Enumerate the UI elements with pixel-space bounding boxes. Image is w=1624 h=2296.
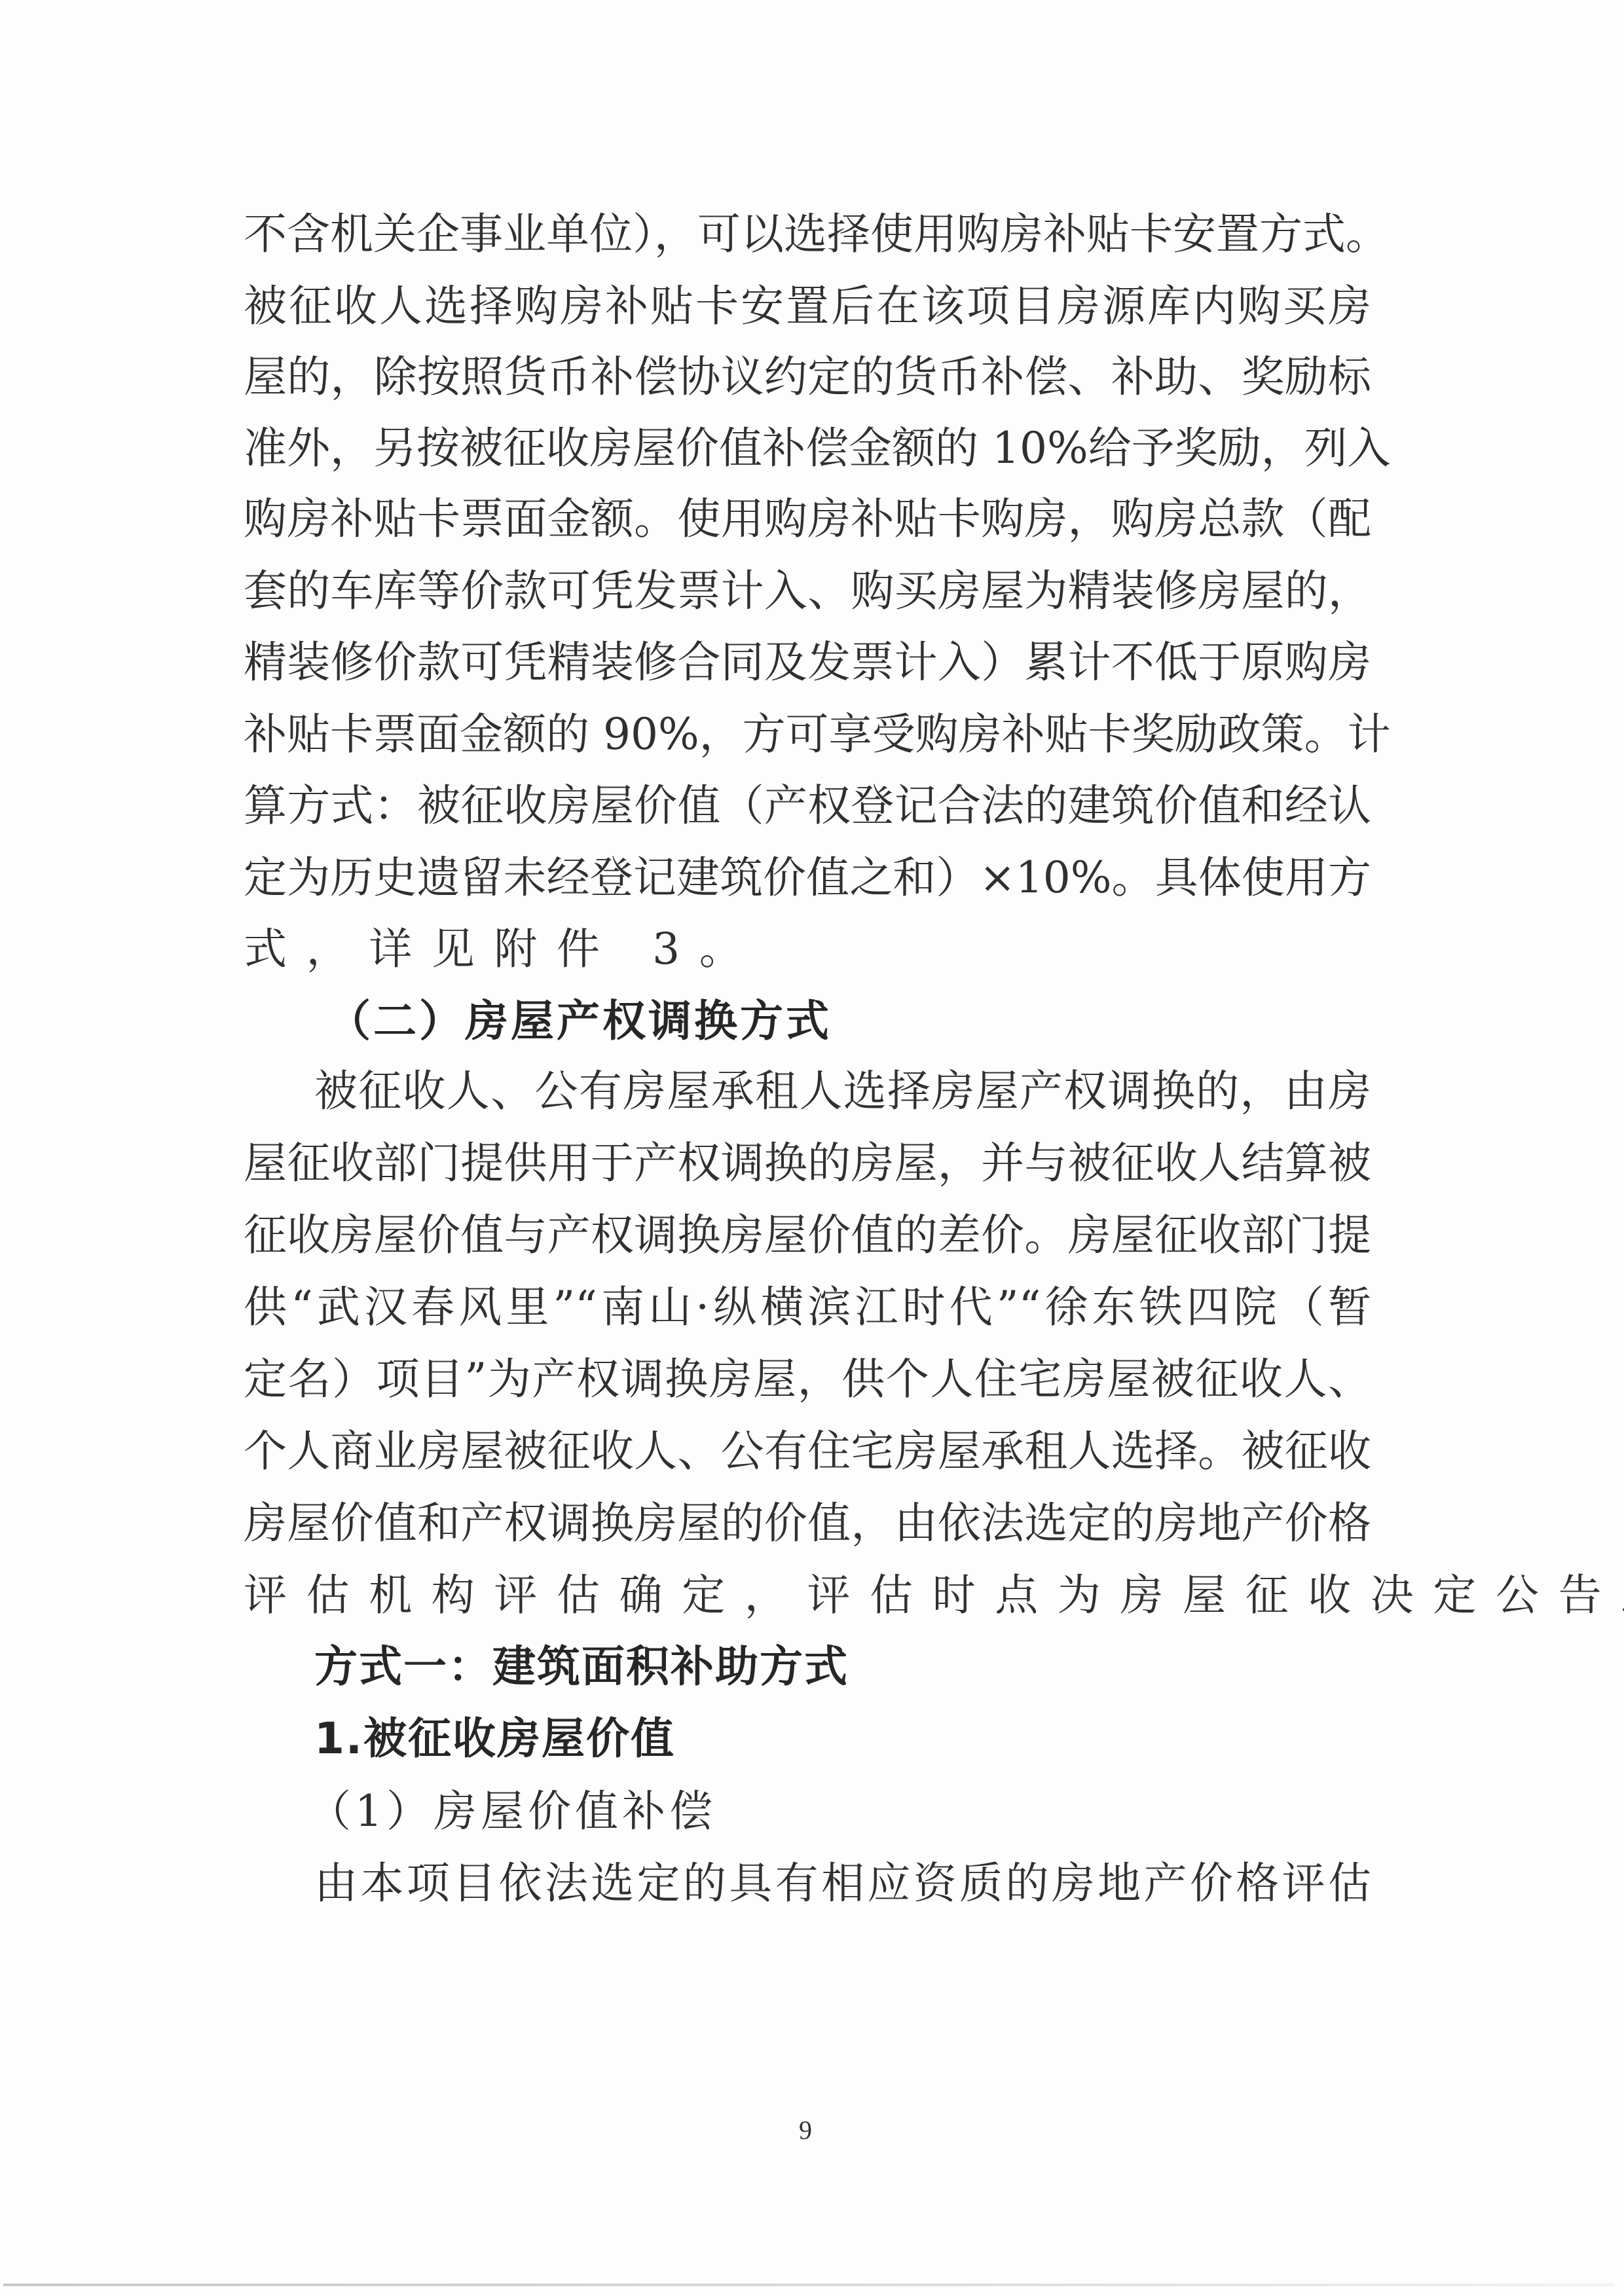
section-heading-property-exchange: （二）房屋产权调换方式 xyxy=(327,985,1455,1057)
body-text-line: 房屋价值和产权调换房屋的价值，由依法选定的房地产价格 xyxy=(244,1487,1371,1559)
body-text-line: 式，详见附件 3。 xyxy=(244,913,1371,985)
body-text-line: 精装修价款可凭精装修合同及发票计入）累计不低于原购房 xyxy=(244,627,1371,699)
scan-edge-line xyxy=(3,2284,1614,2286)
document-page: 不含机关企事业单位），可以选择使用购房补贴卡安置方式。 被征收人选择购房补贴卡安… xyxy=(0,0,1624,2296)
body-text-line: 准外，另按被征收房屋价值补偿金额的 10%给予奖励，列入 xyxy=(244,412,1371,484)
page-number: 9 xyxy=(786,2115,825,2145)
body-text-line: 屋征收部门提供用于产权调换的房屋，并与被征收人结算被 xyxy=(244,1127,1371,1199)
subheading: （1）房屋价值补偿 xyxy=(308,1776,1435,1848)
body-text-line: 定为历史遗留未经登记建筑价值之和）×10%。具体使用方 xyxy=(244,842,1371,914)
body-text-line: 补贴卡票面金额的 90%，方可享受购房补贴卡奖励政策。计 xyxy=(244,699,1371,771)
body-text-line: 被征收人选择购房补贴卡安置后在该项目房源库内购买房 xyxy=(244,270,1371,342)
body-text-line: 购房补贴卡票面金额。使用购房补贴卡购房，购房总款（配 xyxy=(244,483,1371,555)
body-text-line: 个人商业房屋被征收人、公有住宅房屋承租人选择。被征收 xyxy=(244,1415,1371,1487)
body-text-line: 定名）项目”为产权调换房屋，供个人住宅房屋被征收人、 xyxy=(244,1343,1371,1415)
body-text-line: 算方式：被征收房屋价值（产权登记合法的建筑价值和经认 xyxy=(244,770,1371,842)
body-text-line: 屋的，除按照货币补偿协议约定的货币补偿、补助、奖励标 xyxy=(244,341,1371,413)
body-text-line: 评估机构评估确定，评估时点为房屋征收决定公告之日。 xyxy=(244,1559,1371,1631)
body-text-line: 征收房屋价值与产权调换房屋价值的差价。房屋征收部门提 xyxy=(244,1199,1371,1271)
method-heading: 方式一：建筑面积补助方式 xyxy=(314,1631,1442,1703)
body-text-line: 供“武汉春风里”“南山·纵横滨江时代”“徐东铁四院（暂 xyxy=(244,1271,1371,1343)
body-text-line: 被征收人、公有房屋承租人选择房屋产权调换的，由房 xyxy=(314,1055,1371,1127)
body-text-line: 不含机关企事业单位），可以选择使用购房补贴卡安置方式。 xyxy=(244,198,1371,270)
body-text-line: 由本项目依法选定的具有相应资质的房地产价格评估 xyxy=(314,1848,1371,1920)
body-text-line: 套的车库等价款可凭发票计入、购买房屋为精装修房屋的， xyxy=(244,555,1371,627)
numbered-heading: 1.被征收房屋价值 xyxy=(314,1703,1442,1775)
